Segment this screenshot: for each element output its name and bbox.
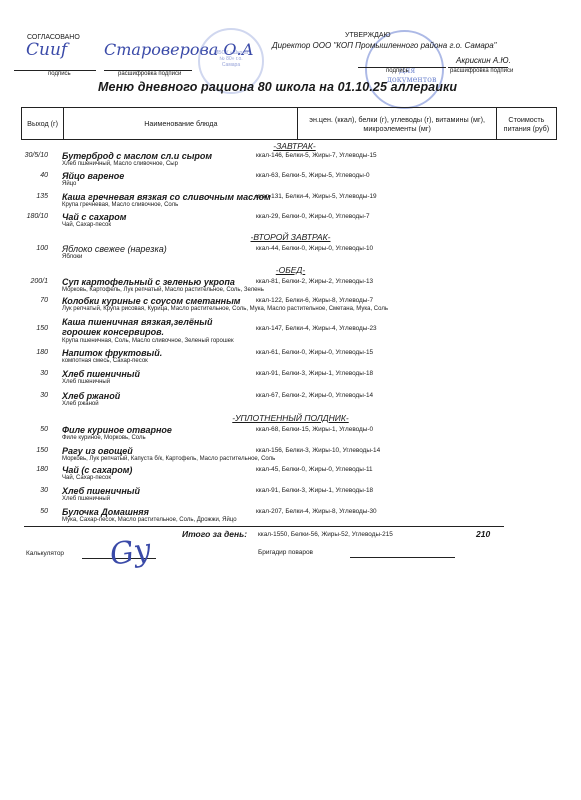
- item-nutrition: ккал-131, Белки-4, Жиры-5, Углеводы-19: [256, 193, 377, 200]
- item-name: Рагу из овощей: [62, 446, 252, 456]
- total-nutrition: ккал-1550, Белки-56, Жиры-52, Углеводы-2…: [258, 531, 393, 538]
- item-qty: 50: [16, 508, 48, 515]
- item-ingredients: Чай, Сахар-песок: [62, 222, 111, 228]
- item-name: Филе куриное отварное: [62, 425, 252, 435]
- item-qty: 200/1: [16, 278, 48, 285]
- item-qty: 135: [16, 193, 48, 200]
- col-nutrition-header: эн.цен. (ккал), белки (г), углеводы (г),…: [298, 108, 496, 140]
- item-qty: 30: [16, 370, 48, 377]
- item-name: Булочка Домашняя: [62, 507, 252, 517]
- section-title-breakfast: -ЗАВТРАК-: [4, 141, 581, 151]
- item-ingredients: Лук репчатый, Крупа рисовая, Курица, Мас…: [62, 306, 388, 312]
- item-ingredients: Хлеб ржаной: [62, 401, 99, 407]
- approved-name: Акрискин А.Ю.: [456, 56, 511, 65]
- menu-table-header: Выход (г) Наименование блюда эн.цен. (кк…: [21, 107, 557, 140]
- agreed-sign-caption: подпись: [48, 71, 71, 77]
- section-title-lunch: -ОБЕД-: [0, 265, 581, 275]
- item-ingredients: Морковь, Картофель, Лук репчатый, Масло …: [62, 287, 264, 293]
- calculator-label: Калькулятор: [26, 550, 64, 557]
- col-qty-header: Выход (г): [22, 108, 64, 140]
- item-ingredients: Филе куриное, Морковь, Соль: [62, 435, 146, 441]
- item-nutrition: ккал-91, Белки-3, Жиры-1, Углеводы-18: [256, 370, 373, 377]
- col-cost-header: Стоимость питания (руб): [496, 108, 556, 140]
- item-nutrition: ккал-156, Белки-3, Жиры-10, Углеводы-14: [256, 447, 380, 454]
- item-ingredients: Хлеб пшеничный: [62, 496, 110, 502]
- agreed-signature-mark: Cuuf: [26, 40, 67, 60]
- item-nutrition: ккал-44, Белки-0, Жиры-0, Углеводы-10: [256, 245, 373, 252]
- item-qty: 180: [16, 349, 48, 356]
- item-qty: 50: [16, 426, 48, 433]
- item-ingredients: Крупа пшеничная, Соль, Масло сливочное, …: [62, 338, 234, 344]
- approved-label: УТВЕРЖДАЮ: [345, 32, 391, 39]
- item-qty: 30: [16, 392, 48, 399]
- item-ingredients: Мука, Сахар-песок, Масло растительное, С…: [62, 517, 237, 523]
- item-qty: 150: [16, 447, 48, 454]
- item-nutrition: ккал-61, Белки-0, Жиры-0, Углеводы-15: [256, 349, 373, 356]
- approved-sign-caption: подпись: [386, 68, 409, 74]
- item-ingredients: компотная смесь, Сахар-песок: [62, 358, 148, 364]
- item-name: Суп картофельный с зеленью укропа: [62, 277, 252, 287]
- item-qty: 40: [16, 172, 48, 179]
- item-nutrition: ккал-122, Белки-6, Жиры-8, Углеводы-7: [256, 297, 373, 304]
- col-name-header: Наименование блюда: [64, 108, 298, 140]
- item-ingredients: Яйцо: [62, 181, 76, 187]
- item-name: Яйцо вареное: [62, 171, 252, 181]
- item-qty: 70: [16, 297, 48, 304]
- item-nutrition: ккал-81, Белки-2, Жиры-2, Углеводы-13: [256, 278, 373, 285]
- total-cost: 210: [476, 529, 490, 539]
- item-nutrition: ккал-91, Белки-3, Жиры-1, Углеводы-18: [256, 487, 373, 494]
- item-qty: 30/5/10: [16, 152, 48, 159]
- item-ingredients: Яблоки: [62, 254, 82, 260]
- page-title: Меню дневного рациона 80 школа на 01.10.…: [98, 80, 457, 94]
- section-title-second-breakfast: -ВТОРОЙ ЗАВТРАК-: [0, 232, 581, 242]
- item-ingredients: Хлеб пшеничный, Масло сливочное, Сыр: [62, 161, 178, 167]
- item-nutrition: ккал-67, Белки-2, Жиры-0, Углеводы-14: [256, 392, 373, 399]
- item-qty: 30: [16, 487, 48, 494]
- approved-decode-caption: расшифровка подписи: [450, 68, 513, 74]
- chef-label: Бригадир поваров: [258, 549, 313, 556]
- item-name: Колобки куриные с соусом сметанным: [62, 296, 252, 306]
- item-name: Каша гречневая вязкая со сливочным масло…: [62, 192, 262, 202]
- chef-sign-line: [350, 557, 455, 558]
- item-nutrition: ккал-45, Белки-0, Жиры-0, Углеводы-11: [256, 466, 373, 473]
- item-ingredients: Крупа гречневая, Масло сливочное, Соль: [62, 202, 178, 208]
- item-nutrition: ккал-63, Белки-5, Жиры-5, Углеводы-0: [256, 172, 370, 179]
- item-ingredients: Чай, Сахар-песок: [62, 475, 111, 481]
- agreed-decode-caption: расшифровка подписи: [118, 71, 181, 77]
- item-nutrition: ккал-146, Белки-5, Жиры-7, Углеводы-15: [256, 152, 377, 159]
- calculator-signature: Gy: [108, 535, 153, 570]
- item-qty: 150: [16, 325, 48, 332]
- item-qty: 100: [16, 245, 48, 252]
- total-divider: [24, 526, 504, 527]
- item-name: Яблоко свежее (нарезка): [62, 244, 252, 254]
- item-name: Каша пшеничная вязкая,зелёный горошек ко…: [62, 317, 247, 337]
- item-nutrition: ккал-29, Белки-0, Жиры-0, Углеводы-7: [256, 213, 370, 220]
- item-qty: 180: [16, 466, 48, 473]
- item-ingredients: Морковь, Лук репчатый, Капуста б/к, Карт…: [62, 456, 275, 462]
- item-qty: 180/10: [16, 213, 48, 220]
- item-nutrition: ккал-68, Белки-15, Жиры-1, Углеводы-0: [256, 426, 373, 433]
- school-stamp-text: МБОУ «Школа № 80» г.о. Самара: [214, 50, 248, 68]
- item-name: Чай (с сахаром): [62, 465, 252, 475]
- item-name: Бутерброд с маслом сл.и сыром: [62, 151, 252, 161]
- item-name: Хлеб пшеничный: [62, 369, 252, 379]
- total-label: Итого за день:: [182, 529, 247, 539]
- approved-by: Директор ООО "КОП Промышленного района г…: [272, 41, 497, 50]
- item-name: Чай с сахаром: [62, 212, 252, 222]
- item-nutrition: ккал-147, Белки-4, Жиры-4, Углеводы-23: [256, 325, 377, 332]
- item-ingredients: Хлеб пшеничный: [62, 379, 110, 385]
- item-name: Хлеб ржаной: [62, 391, 252, 401]
- item-name: Напиток фруктовый.: [62, 348, 252, 358]
- item-name: Хлеб пшеничный: [62, 486, 252, 496]
- item-nutrition: ккал-207, Белки-4, Жиры-8, Углеводы-30: [256, 508, 377, 515]
- section-title-afternoon-snack: -УПЛОТНЕННЫЙ ПОЛДНИК-: [0, 413, 581, 423]
